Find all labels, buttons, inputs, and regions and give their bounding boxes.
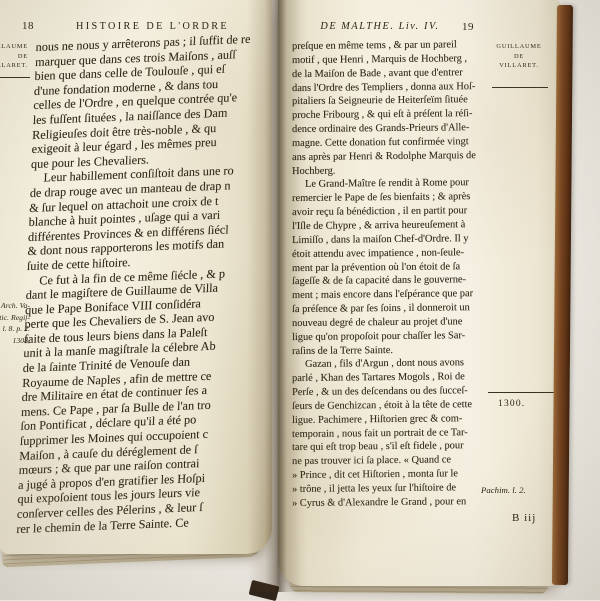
- right-page: DE MALTHE. Liv. IV. 19 GUILLAUMEDEVILLAR…: [278, 0, 560, 586]
- running-title: DE MALTHE. Liv. IV.: [300, 21, 460, 32]
- body-text: preſque en même tems , & par un pareilmo…: [292, 38, 506, 511]
- text-line: dans l'Ordre des Templiers , donna aux H…: [292, 79, 506, 95]
- body-text: nous ne nous y arrêterons pas ; il ſuffi…: [16, 30, 272, 536]
- text-line: » Cyrus & d'Alexandre le Grand , pour en: [292, 495, 506, 511]
- left-page: 18 HISTOIRE DE L'ORDRE GUILLAUMEDEVILLAR…: [0, 0, 272, 554]
- page-number: 18: [22, 20, 34, 32]
- margin-note-reference: Pachim. l. 2.: [481, 485, 526, 495]
- text-line: GUILLAUME: [0, 42, 28, 52]
- text-line: VILLARET.: [0, 61, 28, 71]
- page-number: 19: [462, 21, 474, 33]
- spine-shadow-wedge: [249, 580, 280, 600]
- book-photo: 18 HISTOIRE DE L'ORDRE GUILLAUMEDEVILLAR…: [0, 0, 600, 600]
- text-line: DE: [0, 52, 28, 62]
- running-title: HISTOIRE DE L'ORDRE: [55, 21, 250, 32]
- margin-note-year: 1300.: [498, 399, 525, 409]
- text-line: ans après par Henri & Rodolphe Marquis d…: [292, 149, 506, 165]
- margin-year-rule: [488, 392, 554, 393]
- signature-mark: B iij: [512, 512, 536, 524]
- margin-note-rule: [0, 77, 30, 78]
- margin-note-villaret: GUILLAUMEDEVILLARET.: [0, 42, 28, 71]
